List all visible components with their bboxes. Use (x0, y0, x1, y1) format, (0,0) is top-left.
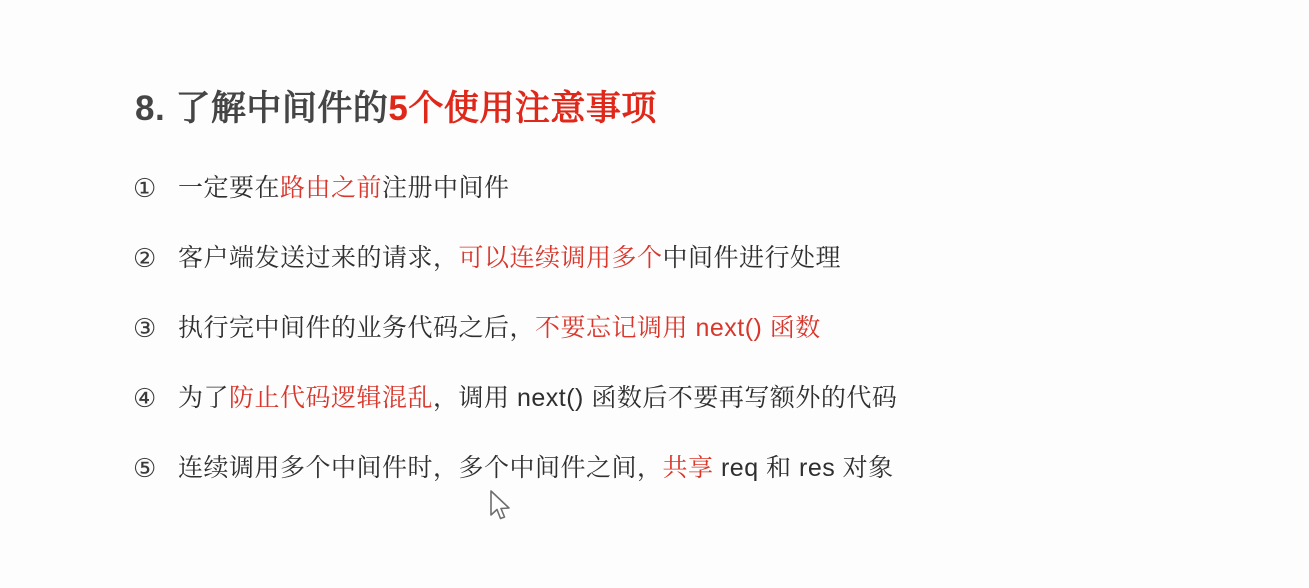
highlight-text: 可以连续调用多个 (459, 244, 663, 272)
item-text: 执行完中间件的业务代码之后，不要忘记调用 next() 函数 (178, 313, 821, 343)
plain-text: req 和 res 对象 (714, 454, 894, 482)
plain-text: 中间件进行处理 (663, 244, 842, 272)
item-text: 为了防止代码逻辑混乱，调用 next() 函数后不要再写额外的代码 (178, 383, 897, 413)
item-number-icon: ② (133, 243, 163, 273)
highlight-text: 路由之前 (280, 174, 382, 202)
plain-text: 执行完中间件的业务代码之后， (178, 314, 535, 342)
page-title-red-text: 5个使用注意事项 (388, 89, 656, 128)
page-title: 8. 了解中间件的5个使用注意事项 (135, 81, 657, 131)
list-item: ④为了防止代码逻辑混乱，调用 next() 函数后不要再写额外的代码 (133, 383, 1183, 453)
item-number-icon: ① (133, 173, 163, 203)
list-item: ②客户端发送过来的请求，可以连续调用多个中间件进行处理 (133, 243, 1183, 313)
item-text: 一定要在路由之前注册中间件 (178, 173, 510, 203)
plain-text: 连续调用多个中间件时，多个中间件之间， (178, 454, 663, 482)
list-item: ③执行完中间件的业务代码之后，不要忘记调用 next() 函数 (133, 313, 1183, 383)
list-item: ⑤连续调用多个中间件时，多个中间件之间，共享 req 和 res 对象 (133, 453, 1183, 523)
highlight-text: 不要忘记调用 next() 函数 (535, 314, 821, 342)
highlight-text: 共享 (663, 454, 714, 482)
item-number-icon: ③ (133, 313, 163, 343)
plain-text: 客户端发送过来的请求， (178, 244, 459, 272)
highlight-text: 防止代码逻辑混乱 (229, 384, 433, 412)
list-item: ①一定要在路由之前注册中间件 (133, 173, 1183, 243)
item-text: 连续调用多个中间件时，多个中间件之间，共享 req 和 res 对象 (178, 453, 894, 483)
plain-text: 为了 (178, 384, 229, 412)
plain-text: 一定要在 (178, 174, 280, 202)
slide: 8. 了解中间件的5个使用注意事项 ①一定要在路由之前注册中间件②客户端发送过来… (0, 0, 1309, 588)
page-title-dark-text: 8. 了解中间件的 (135, 89, 388, 128)
plain-text: 注册中间件 (382, 174, 510, 202)
notes-list: ①一定要在路由之前注册中间件②客户端发送过来的请求，可以连续调用多个中间件进行处… (133, 173, 1183, 523)
plain-text: ，调用 next() 函数后不要再写额外的代码 (433, 384, 897, 412)
item-number-icon: ④ (133, 383, 163, 413)
item-text: 客户端发送过来的请求，可以连续调用多个中间件进行处理 (178, 243, 841, 273)
item-number-icon: ⑤ (133, 453, 163, 483)
